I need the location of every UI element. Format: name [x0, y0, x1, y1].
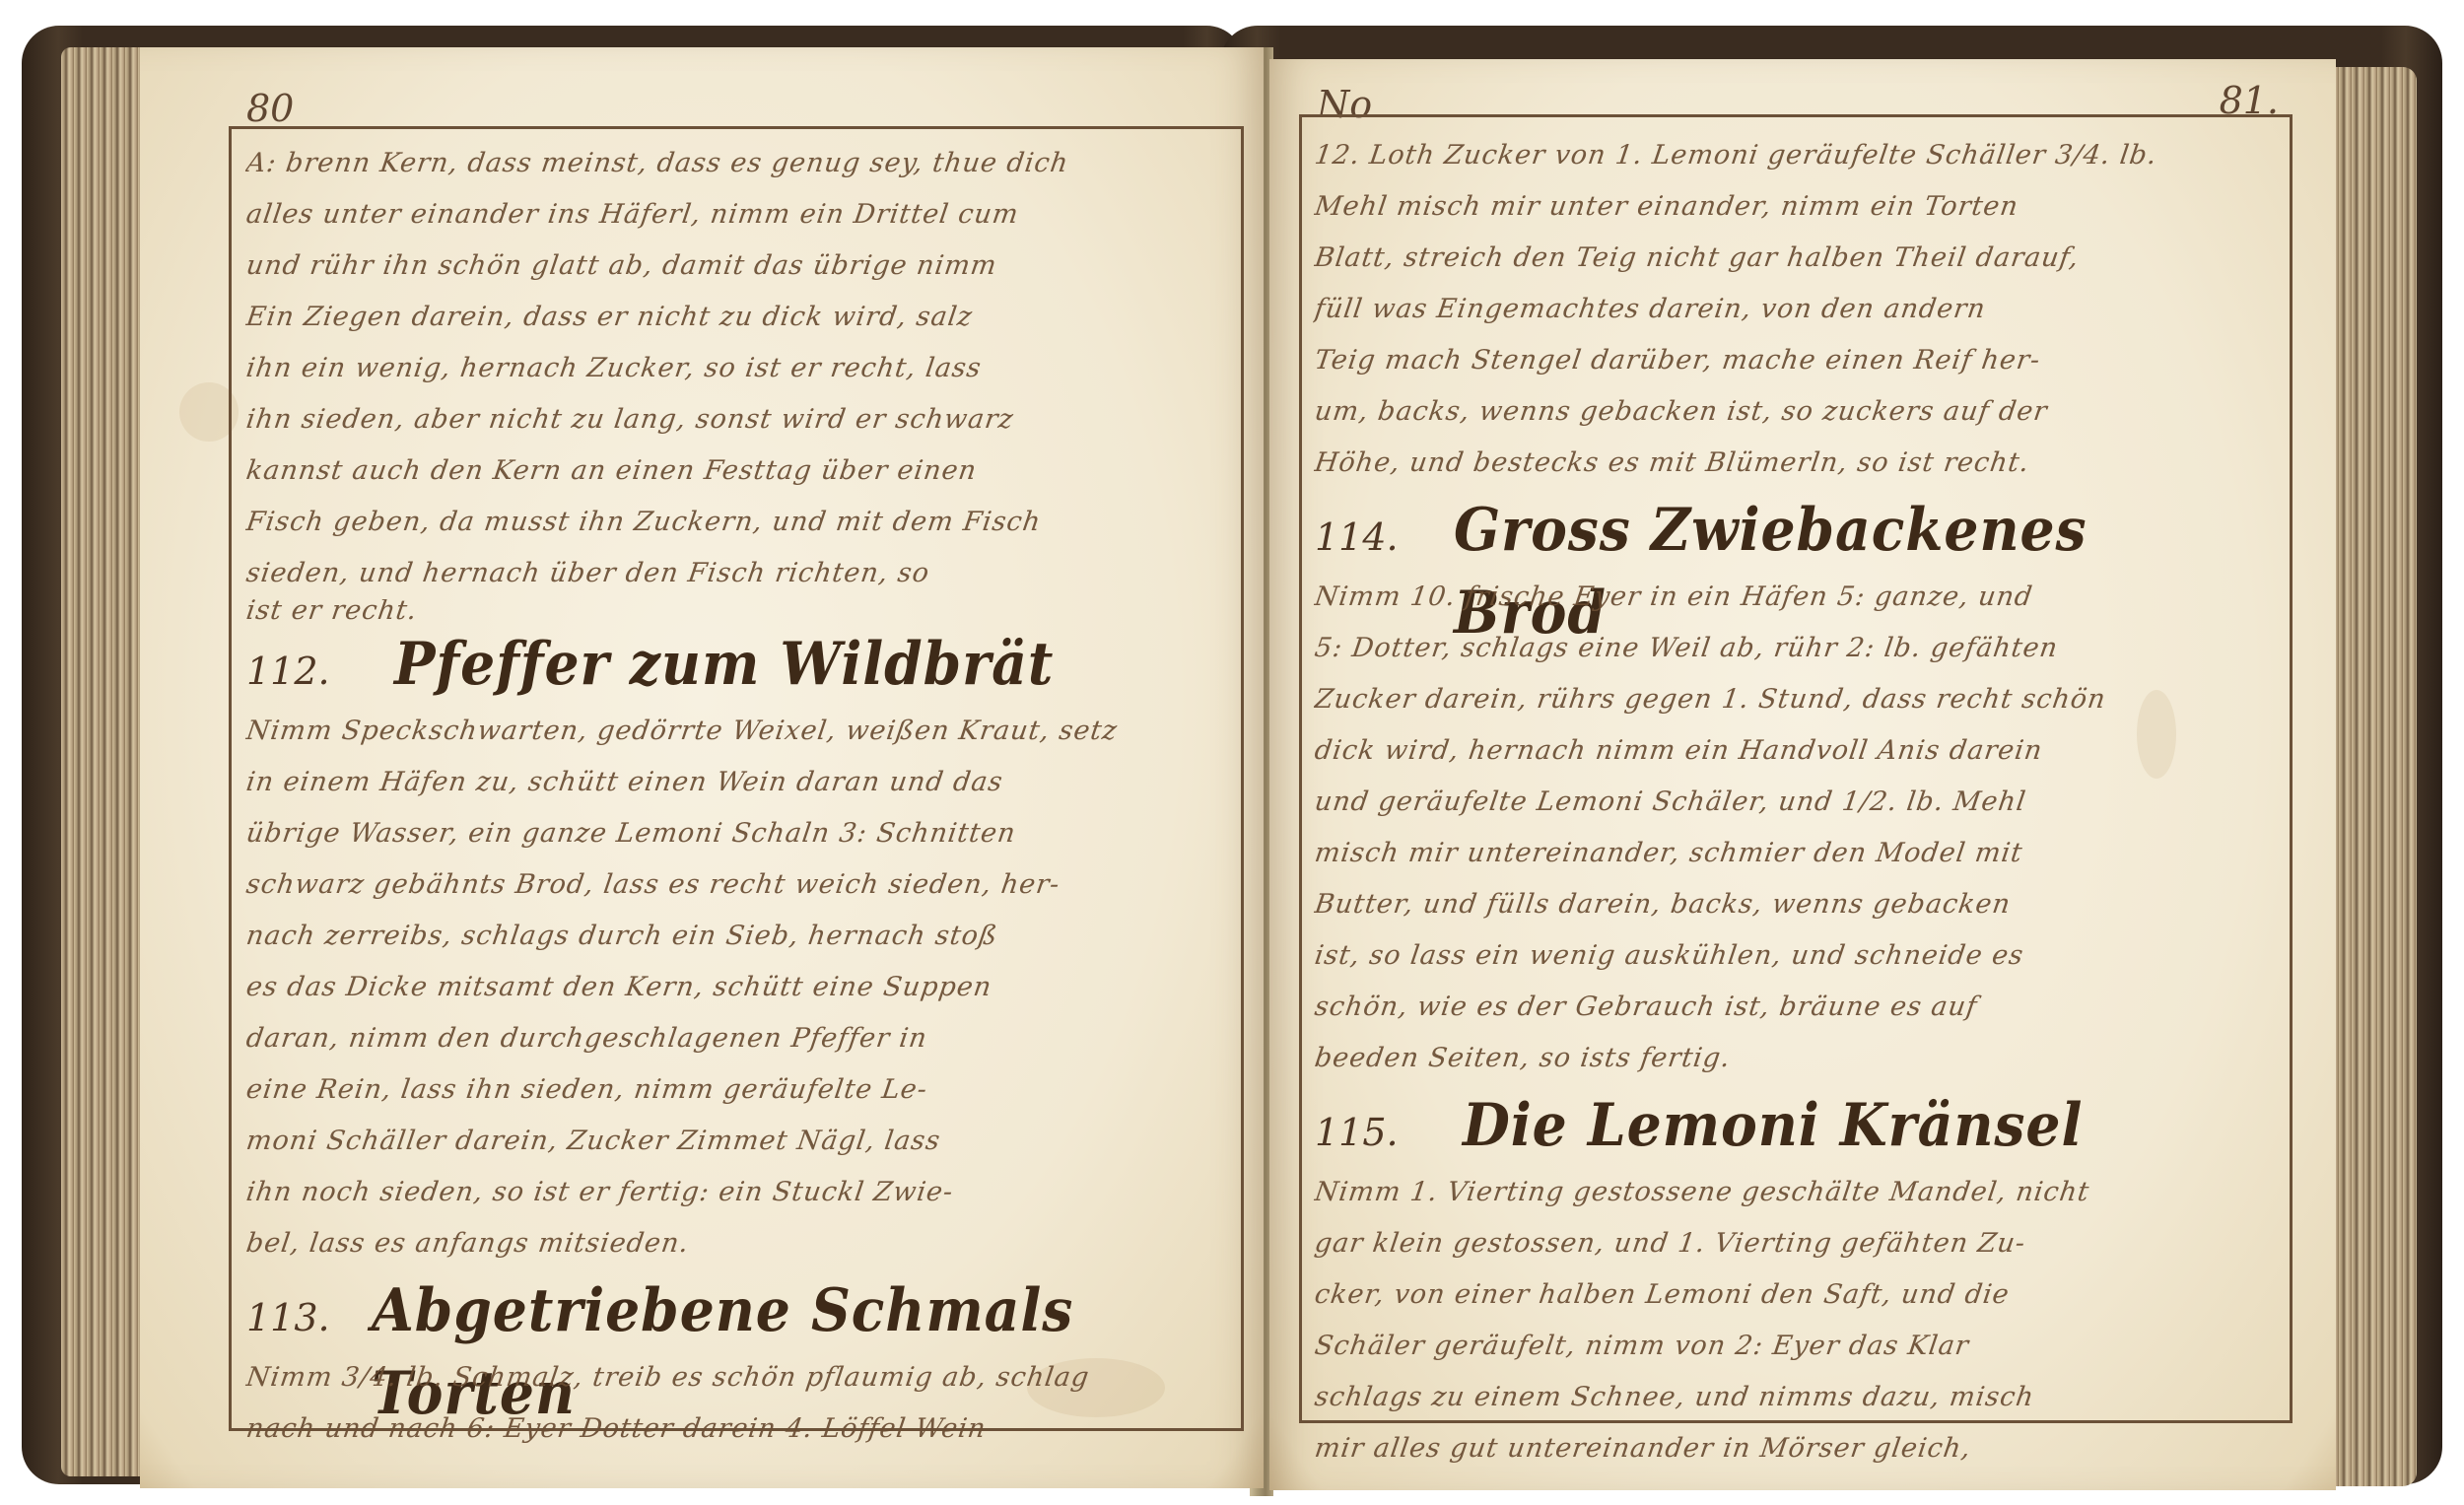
text-line: und rühr ihn schön glatt ab, damit das ü…: [242, 240, 1225, 292]
recipe-number: 113.: [246, 1276, 372, 1359]
text-line: cker, von einer halben Lemoni den Saft, …: [1311, 1269, 2279, 1321]
recipe-number: 112.: [246, 630, 394, 713]
text-line: es das Dicke mitsamt den Kern, schütt ei…: [242, 962, 1225, 1013]
open-manuscript-book: 80 A: brenn Kern, dass meinst, dass es g…: [22, 18, 2442, 1496]
recipe-title: Die Lemoni Kränsel: [1463, 1084, 2083, 1167]
text-line: Nimm Speckschwarten, gedörrte Weixel, we…: [242, 706, 1225, 757]
right-page: No 81. 12. Loth Zucker von 1. Lemoni ger…: [1269, 59, 2336, 1490]
text-line: ihn noch sieden, so ist er fertig: ein S…: [242, 1167, 1225, 1218]
text-line: übrige Wasser, ein ganze Lemoni Schaln 3…: [242, 808, 1225, 859]
text-line: Mehl misch mir unter einander, nimm ein …: [1311, 181, 2279, 233]
left-page-text: A: brenn Kern, dass meinst, dass es genu…: [246, 138, 1222, 1455]
page-number: 80: [246, 87, 294, 130]
text-line: daran, nimm den durchgeschlagenen Pfeffe…: [242, 1013, 1225, 1064]
text-line: ist, so lass ein wenig auskühlen, und sc…: [1311, 930, 2279, 982]
text-line: nach und nach 6: Eyer Dotter darein 4. L…: [242, 1403, 1225, 1455]
text-line: 5: Dotter, schlags eine Weil ab, rühr 2:…: [1311, 623, 2279, 674]
left-page: 80 A: brenn Kern, dass meinst, dass es g…: [140, 47, 1264, 1488]
text-line: Ein Ziegen darein, dass er nicht zu dick…: [242, 292, 1225, 343]
recipe-heading: 114. Gross Zwiebackenes Brod: [1315, 489, 2276, 572]
recipe-heading: 112. Pfeffer zum Wildbrät: [246, 623, 1222, 706]
text-line: kannst auch den Kern an einen Festtag üb…: [242, 445, 1225, 497]
recipe-title: Pfeffer zum Wildbrät: [394, 623, 1054, 706]
text-line: sieden, und hernach über den Fisch richt…: [242, 548, 1225, 599]
text-line: bel, lass es anfangs mitsieden.: [242, 1218, 1225, 1269]
text-line: in einem Häfen zu, schütt einen Wein dar…: [242, 757, 1225, 808]
text-line: ihn ein wenig, hernach Zucker, so ist er…: [242, 343, 1225, 394]
text-line: alles unter einander ins Häferl, nimm ei…: [242, 189, 1225, 240]
text-line: Nimm 10. frische Eyer in ein Häfen 5: ga…: [1311, 572, 2279, 623]
recipe-number: 115.: [1315, 1091, 1463, 1174]
text-line: ist er recht.: [244, 599, 1223, 623]
right-page-text: 12. Loth Zucker von 1. Lemoni geräufelte…: [1315, 130, 2276, 1474]
text-line: Zucker darein, rührs gegen 1. Stund, das…: [1311, 674, 2279, 725]
text-line: ihn sieden, aber nicht zu lang, sonst wi…: [242, 394, 1225, 445]
text-line: nach zerreibs, schlags durch ein Sieb, h…: [242, 911, 1225, 962]
text-line: um, backs, wenns gebacken ist, so zucker…: [1311, 386, 2279, 438]
text-line: Teig mach Stengel darüber, mache einen R…: [1311, 335, 2279, 386]
recipe-number: 114.: [1315, 496, 1454, 579]
text-line: füll was Eingemachtes darein, von den an…: [1311, 284, 2279, 335]
text-line: gar klein gestossen, und 1. Vierting gef…: [1311, 1218, 2279, 1269]
text-line: dick wird, hernach nimm ein Handvoll Ani…: [1311, 725, 2279, 777]
text-line: A: brenn Kern, dass meinst, dass es genu…: [242, 138, 1225, 189]
text-line: misch mir untereinander, schmier den Mod…: [1311, 828, 2279, 879]
text-line: Nimm 3/4. lb. Schmalz, treib es schön pf…: [242, 1352, 1225, 1403]
text-line: Blatt, streich den Teig nicht gar halben…: [1311, 233, 2279, 284]
text-line: schlags zu einem Schnee, und nimms dazu,…: [1311, 1372, 2279, 1423]
recipe-heading: 113. Abgetriebene Schmals Torten: [246, 1269, 1222, 1352]
text-line: Butter, und fülls darein, backs, wenns g…: [1311, 879, 2279, 930]
text-line: schön, wie es der Gebrauch ist, bräune e…: [1311, 982, 2279, 1033]
text-line: Fisch geben, da musst ihn Zuckern, und m…: [242, 497, 1225, 548]
text-line: Schäler geräufelt, nimm von 2: Eyer das …: [1311, 1321, 2279, 1372]
recipe-heading: 115. Die Lemoni Kränsel: [1315, 1084, 2276, 1167]
text-line: und geräufelte Lemoni Schäler, und 1/2. …: [1311, 777, 2279, 828]
text-line: schwarz gebähnts Brod, lass es recht wei…: [242, 859, 1225, 911]
text-line: mir alles gut untereinander in Mörser gl…: [1311, 1423, 2279, 1474]
text-line: moni Schäller darein, Zucker Zimmet Nägl…: [242, 1116, 1225, 1167]
text-line: Höhe, und bestecks es mit Blümerln, so i…: [1311, 438, 2279, 489]
text-line: beeden Seiten, so ists fertig.: [1311, 1033, 2279, 1084]
text-line: Nimm 1. Vierting gestossene geschälte Ma…: [1311, 1167, 2279, 1218]
text-line: 12. Loth Zucker von 1. Lemoni geräufelte…: [1311, 130, 2279, 181]
text-line: eine Rein, lass ihn sieden, nimm geräufe…: [242, 1064, 1225, 1116]
